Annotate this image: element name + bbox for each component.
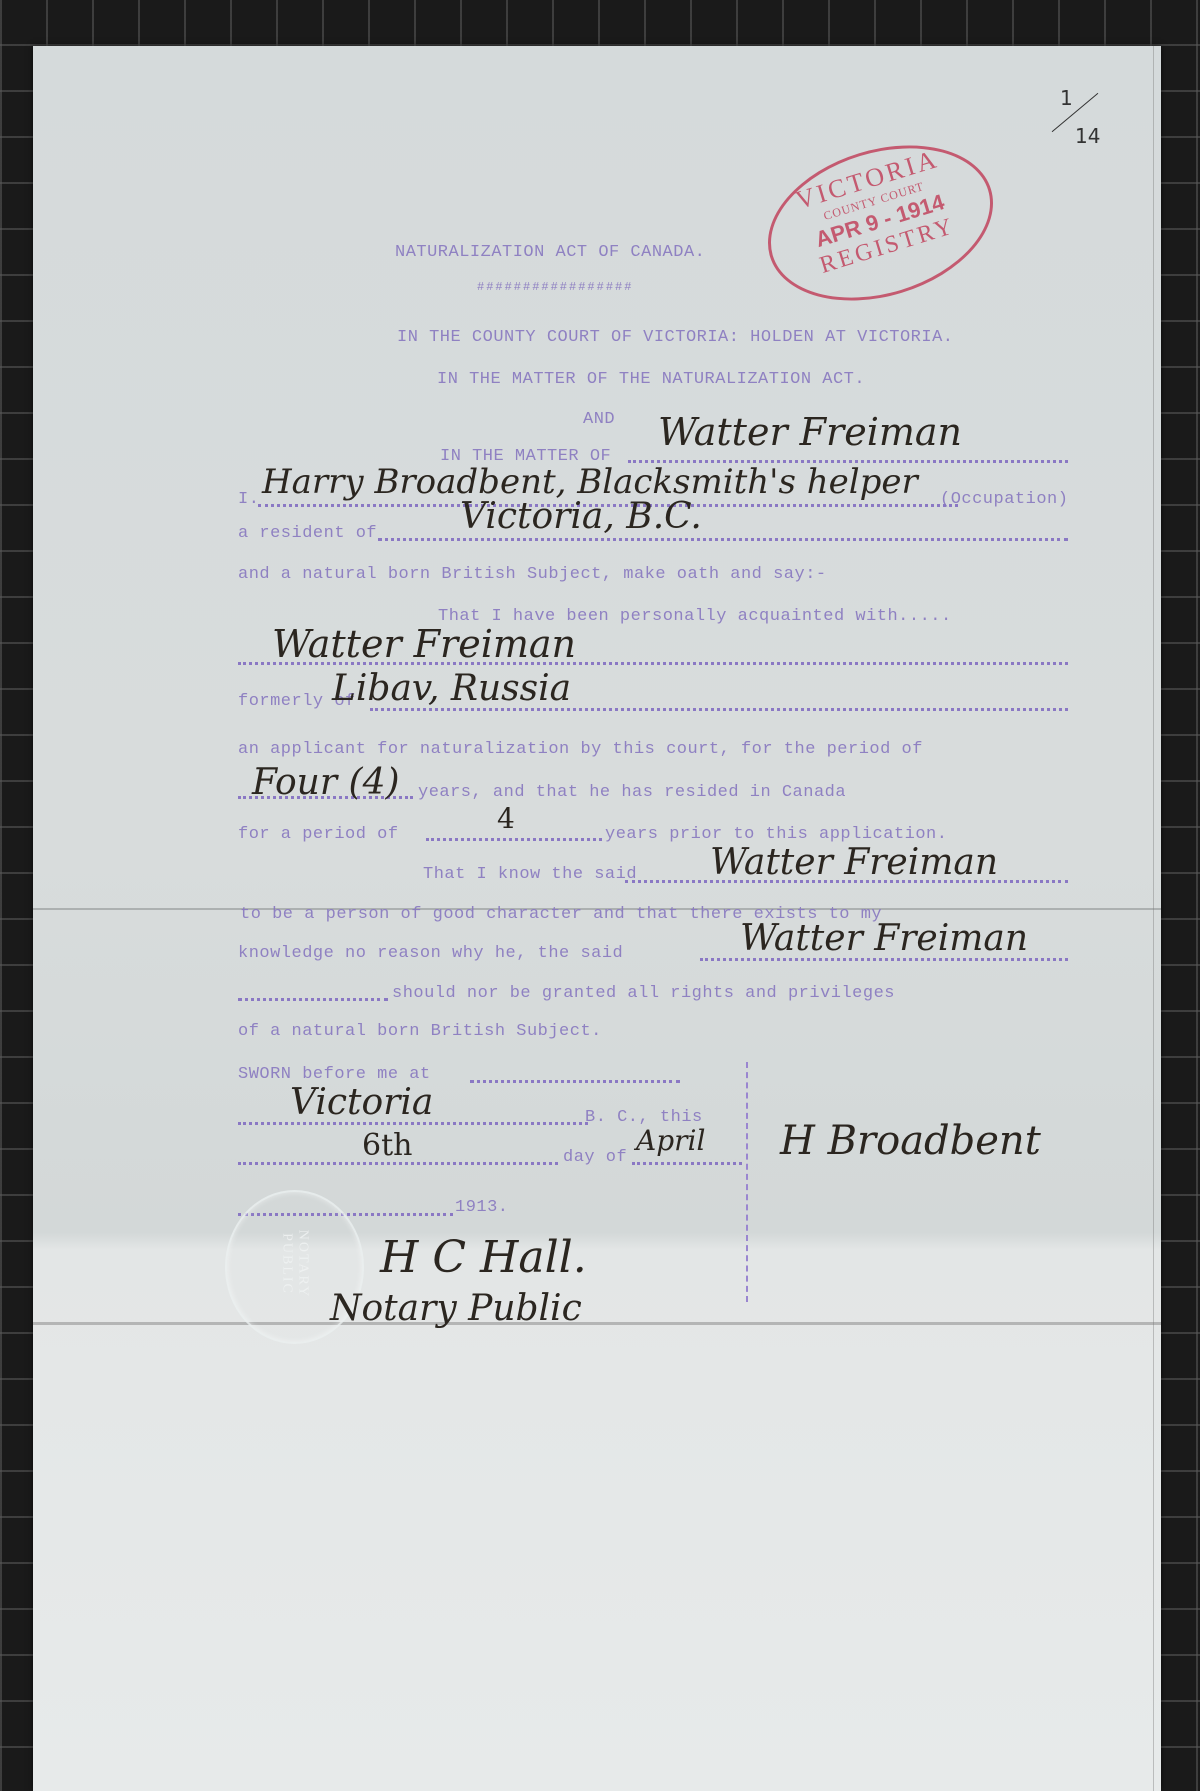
fold-line [33, 1322, 1161, 1325]
page-number: 1 [1060, 86, 1073, 110]
applicant-line: an applicant for naturalization by this … [238, 740, 923, 759]
british-line: of a natural born British Subject. [238, 1022, 602, 1041]
page-number-numerator: 1 [1060, 86, 1073, 110]
acquainted-name: Watter Freiman [272, 622, 576, 666]
page-number-denominator: 14 [1075, 124, 1100, 148]
subject-line: and a natural born British Subject, make… [238, 565, 827, 584]
document-title: NATURALIZATION ACT OF CANADA. [395, 243, 705, 262]
period-handwritten: Four (4) [252, 762, 400, 803]
fold-line [1153, 46, 1154, 1791]
knowledge-name: Watter Freiman [740, 918, 1028, 959]
knowledge-label: knowledge no reason why he, the said [238, 944, 623, 963]
court-heading: IN THE COUNTY COURT OF VICTORIA: HOLDEN … [397, 328, 954, 347]
and-heading: AND [583, 410, 615, 429]
period-label: for a period of [238, 825, 399, 844]
granted-line: should nor be granted all rights and pri… [392, 984, 895, 1003]
matter-heading: IN THE MATTER OF THE NATURALIZATION ACT. [437, 370, 865, 389]
sworn-line [470, 1080, 680, 1083]
notary-title: Notary Public [330, 1288, 582, 1329]
day-of-label: day of [563, 1148, 627, 1167]
i-label: I. [238, 490, 259, 509]
jurat-brace [746, 1062, 754, 1302]
resident-label: a resident of [238, 524, 377, 543]
years-line: years, and that he has resided in Canada [418, 783, 846, 802]
applicant-name: Watter Freiman [658, 410, 962, 454]
sworn-year: 1913. [455, 1198, 509, 1217]
sworn-place: Victoria [290, 1082, 433, 1123]
month-line [632, 1162, 742, 1165]
period-resided-line [426, 838, 602, 841]
residence-line [378, 538, 1068, 541]
granted-prefix-line [238, 998, 388, 1001]
know-label: That I know the said [423, 865, 637, 884]
know-name: Watter Freiman [710, 842, 998, 883]
residence: Victoria, B.C. [460, 496, 702, 537]
period-resided: 4 [497, 802, 515, 835]
deponent-signature: H Broadbent [780, 1118, 1041, 1164]
seal-text: NOTARY PUBLIC [279, 1197, 311, 1332]
sworn-day: 6th [362, 1128, 412, 1163]
title-rule: ################# [477, 280, 633, 294]
occupation-label: (Occupation) [940, 490, 1068, 509]
formerly-place: Libav, Russia [332, 668, 571, 709]
notary-signature: H C Hall. [380, 1232, 587, 1283]
sworn-month: April [636, 1124, 705, 1157]
